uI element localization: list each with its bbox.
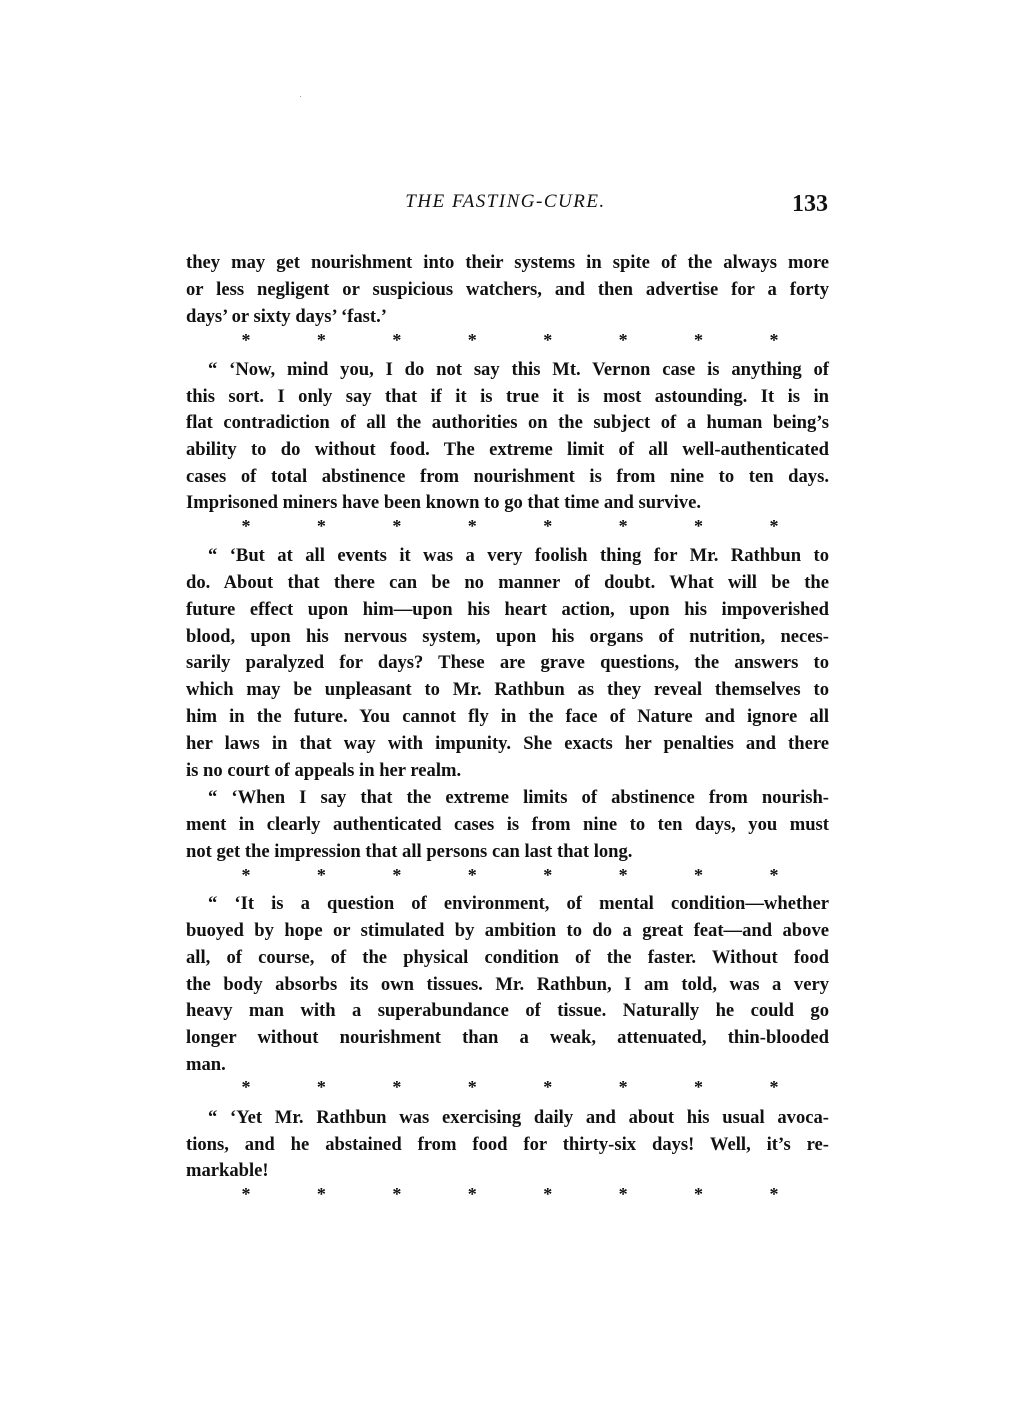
text-line: this sort. I only say that if it is true… (186, 386, 829, 408)
text-line: tions, and he abstained from food for th… (186, 1134, 829, 1156)
section-break-stars: ******** (240, 516, 780, 536)
text-line: “ ‘Yet Mr. Rathbun was exercising daily … (208, 1107, 829, 1129)
text-line: the body absorbs its own tissues. Mr. Ra… (186, 974, 829, 996)
running-title: THE FASTING-CURE. (183, 191, 828, 213)
text-line: days’ or sixty days’ ‘fast.’ (186, 306, 829, 328)
text-line: “ ‘It is a question of environment, of m… (208, 893, 829, 915)
text-line: is no court of appeals in her realm. (186, 760, 829, 782)
text-line: flat contradiction of all the authoritie… (186, 412, 829, 434)
text-line: all, of course, of the physical conditio… (186, 947, 829, 969)
text-line: him in the future. You cannot fly in the… (186, 706, 829, 728)
text-line: future effect upon him—upon his heart ac… (186, 599, 829, 621)
text-line: do. About that there can be no manner of… (186, 572, 829, 594)
section-break-stars: ******** (240, 1184, 780, 1204)
text-line: cases of total abstinence from nourishme… (186, 466, 829, 488)
text-line: markable! (186, 1160, 829, 1182)
text-line: sarily paralyzed for days? These are gra… (186, 652, 829, 674)
text-line: which may be unpleasant to Mr. Rathbun a… (186, 679, 829, 701)
scan-speck (300, 96, 301, 97)
text-line: not get the impression that all persons … (186, 841, 829, 863)
text-line: ability to do without food. The extreme … (186, 439, 829, 461)
text-line: longer without nourishment than a weak, … (186, 1027, 829, 1049)
text-line: man. (186, 1054, 829, 1076)
text-line: “ ‘Now, mind you, I do not say this Mt. … (208, 359, 829, 381)
page-number: 133 (792, 191, 828, 218)
book-page: THE FASTING-CURE. 133 they may get nouri… (0, 0, 1011, 1427)
text-line: “ ‘When I say that the extreme limits of… (208, 787, 829, 809)
section-break-stars: ******** (240, 865, 780, 885)
text-line: blood, upon his nervous system, upon his… (186, 626, 829, 648)
text-line: they may get nourishment into their syst… (186, 252, 829, 274)
section-break-stars: ******** (240, 1077, 780, 1097)
page-header: THE FASTING-CURE. 133 (183, 191, 828, 223)
text-line: or less negligent or suspicious watchers… (186, 279, 829, 301)
text-line: buoyed by hope or stimulated by ambition… (186, 920, 829, 942)
text-line: heavy man with a superabundance of tissu… (186, 1000, 829, 1022)
text-line: ment in clearly authenticated cases is f… (186, 814, 829, 836)
text-line: “ ‘But at all events it was a very fooli… (208, 545, 829, 567)
text-line: her laws in that way with impunity. She … (186, 733, 829, 755)
text-line: Imprisoned miners have been known to go … (186, 492, 829, 514)
section-break-stars: ******** (240, 330, 780, 350)
